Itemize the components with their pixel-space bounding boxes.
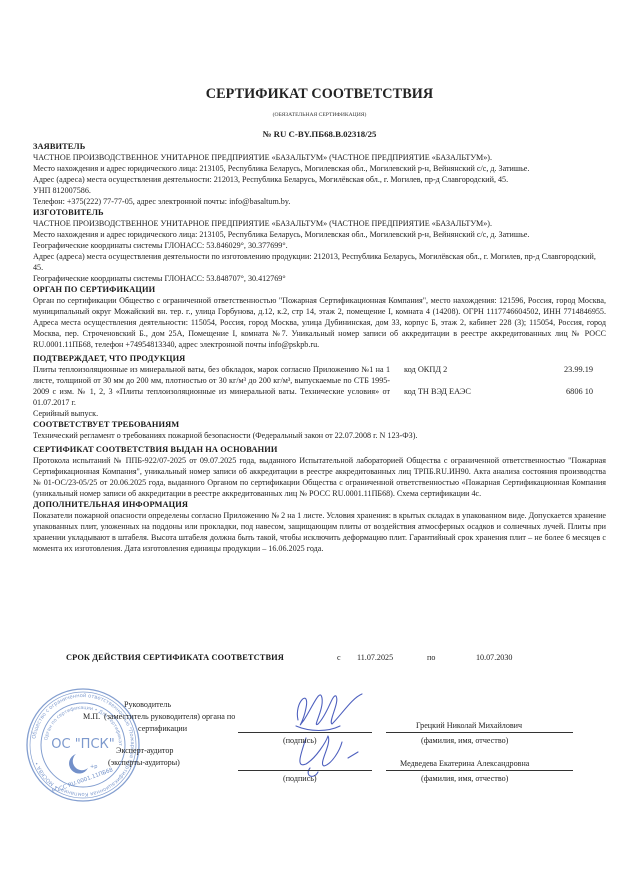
svg-text:ОС "ПСК": ОС "ПСК" [51,737,114,752]
expert-role-line1: Эксперт-аудитор [116,746,173,755]
head-name-line [386,732,573,733]
section-heading: ПОДТВЕРЖДАЕТ, ЧТО ПРОДУКЦИЯ [33,353,606,364]
head-name-caption: (фамилия, имя, отчество) [421,736,508,745]
certificate-body: ЗАЯВИТЕЛЬ ЧАСТНОЕ ПРОИЗВОДСТВЕННОЕ УНИТА… [33,141,606,554]
product-description: Плиты теплоизоляционные из минеральной в… [33,364,390,408]
applicant-unp: УНП 812007586. [33,185,606,196]
applicant-activity-address: Адрес (адреса) места осуществления деяте… [33,174,606,185]
section-heading: ИЗГОТОВИТЕЛЬ [33,207,606,218]
requirements-text: Технический регламент о требованиях пожа… [33,430,606,441]
code-value: 6806 10 [511,386,593,397]
code-label: код ТН ВЭД ЕАЭС [404,386,511,397]
expert-name: Медведева Екатерина Александровна [400,759,529,768]
validity-from-date: 11.07.2025 [357,653,393,662]
section-heading: ЗАЯВИТЕЛЬ [33,141,606,152]
manufacturer-section: ИЗГОТОВИТЕЛЬ ЧАСТНОЕ ПРОИЗВОДСТВЕННОЕ УН… [33,207,606,284]
section-heading: ДОПОЛНИТЕЛЬНАЯ ИНФОРМАЦИЯ [33,499,606,510]
section-heading: СЕРТИФИКАТ СООТВЕТСТВИЯ ВЫДАН НА ОСНОВАН… [33,444,606,455]
applicant-name: ЧАСТНОЕ ПРОИЗВОДСТВЕННОЕ УНИТАРНОЕ ПРЕДП… [33,152,606,163]
manufacturer-coordinates-1: Географические координаты системы ГЛОНАС… [33,240,606,251]
certification-body-text: Орган по сертификации Общество с огранич… [33,295,606,350]
head-role-line2: (заместитель руководителя) органа по [104,712,235,721]
validity-to-date: 10.07.2030 [476,653,512,662]
applicant-section: ЗАЯВИТЕЛЬ ЧАСТНОЕ ПРОИЗВОДСТВЕННОЕ УНИТА… [33,141,606,207]
product-section: ПОДТВЕРЖДАЕТ, ЧТО ПРОДУКЦИЯ Плиты теплои… [33,353,606,419]
code-tn-ved: код ТН ВЭД ЕАЭС 6806 10 [404,386,604,397]
manufacturer-coordinates-2: Географические координаты системы ГЛОНАС… [33,273,606,284]
expert-signature-caption: (подпись) [283,774,317,783]
expert-signature-line [238,770,372,771]
section-heading: ОРГАН ПО СЕРТИФИКАЦИИ [33,284,606,295]
basis-text: Протокола испытаний № ППБ-922/07-2025 от… [33,455,606,499]
requirements-section: СООТВЕТСТВУЕТ ТРЕБОВАНИЯМ Технический ре… [33,419,606,441]
document-title: СЕРТИФИКАТ СООТВЕТСТВИЯ [33,86,606,103]
validity-from-label: с [337,653,341,662]
applicant-legal-address: Место нахождения и адрес юридического ли… [33,163,606,174]
validity-heading: СРОК ДЕЙСТВИЯ СЕРТИФИКАТА СООТВЕТСТВИЯ [66,653,284,662]
additional-info-text: Показатели пожарной опасности определены… [33,510,606,554]
additional-info-section: ДОПОЛНИТЕЛЬНАЯ ИНФОРМАЦИЯ Показатели пож… [33,499,606,554]
validity-to-label: по [427,653,435,662]
manufacturer-production-address: Адрес (адреса) места осуществления деяте… [33,251,606,273]
certification-body-section: ОРГАН ПО СЕРТИФИКАЦИИ Орган по сертифика… [33,284,606,350]
head-role-line3: сертификации [138,724,187,733]
applicant-contacts: Телефон: +375(222) 77-77-05, адрес элект… [33,196,606,207]
head-name: Грецкий Николай Михайлович [416,721,522,730]
manufacturer-legal-address: Место нахождения и адрес юридического ли… [33,229,606,240]
expert-name-line [386,770,573,771]
product-serial: Серийный выпуск. [33,408,390,419]
document-subtitle: (ОБЯЗАТЕЛЬНАЯ СЕРТИФИКАЦИЯ) [33,112,606,118]
seal-label: М.П. [83,712,100,721]
code-label: код ОКПД 2 [404,364,511,375]
code-value: 23.99.19 [511,364,593,375]
certificate-number: № RU C-BY.ПБ68.В.02318/25 [33,129,606,139]
code-okpd2: код ОКПД 2 23.99.19 [404,364,604,375]
head-signature-caption: (подпись) [283,736,317,745]
head-role-line1: Руководитель [124,700,171,709]
basis-section: СЕРТИФИКАТ СООТВЕТСТВИЯ ВЫДАН НА ОСНОВАН… [33,444,606,499]
section-heading: СООТВЕТСТВУЕТ ТРЕБОВАНИЯМ [33,419,606,430]
svg-text:+р: +р [90,764,97,770]
expert-name-caption: (фамилия, имя, отчество) [421,774,508,783]
expert-role-line2: (эксперты-аудиторы) [108,758,180,767]
manufacturer-name: ЧАСТНОЕ ПРОИЗВОДСТВЕННОЕ УНИТАРНОЕ ПРЕДП… [33,218,606,229]
head-signature-line [238,732,372,733]
product-codes: код ОКПД 2 23.99.19 код ТН ВЭД ЕАЭС 6806… [390,364,606,419]
